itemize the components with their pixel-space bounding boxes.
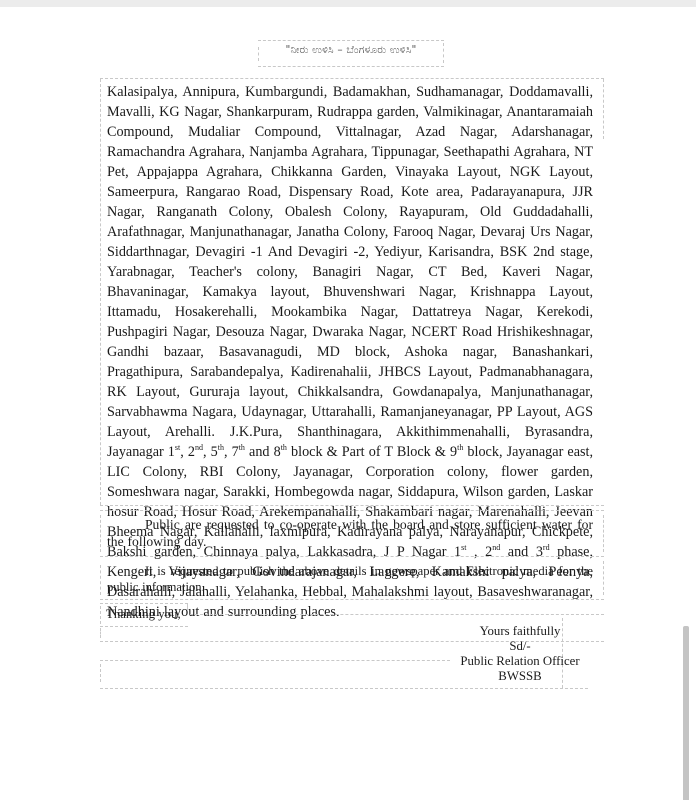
box-guide (603, 515, 604, 552)
slogan-text: "ನೀರು ಉಳಿಸಿ – ಬೆಂಗಳೂರು ಉಳಿಸಿ" (258, 44, 444, 57)
layout-guide (100, 664, 101, 682)
signature-organization: BWSSB (440, 668, 600, 684)
publish-paragraph: It is requested to publish the above det… (107, 563, 593, 595)
box-guide (100, 515, 101, 552)
signature-signed: Sd/- (440, 638, 600, 654)
layout-guide (100, 628, 101, 638)
box-guide (100, 606, 101, 624)
box-guide (603, 79, 604, 139)
closing-text: Thanking you, (106, 606, 181, 622)
slogan-box: "ನೀರು ಉಳಿಸಿ – ಬೆಂಗಳೂರು ಉಳಿಸಿ" (258, 40, 444, 67)
signature-salutation: Yours faithfully (440, 623, 600, 639)
vertical-scrollbar-thumb[interactable] (683, 626, 689, 800)
box-guide (603, 561, 604, 595)
layout-guide (100, 688, 588, 689)
layout-guide (190, 614, 604, 615)
layout-guide (100, 660, 450, 661)
viewer-top-bar (0, 0, 696, 7)
box-guide (187, 604, 188, 610)
signature-designation: Public Relation Officer (440, 653, 600, 669)
box-guide (100, 79, 101, 505)
box-guide (100, 565, 101, 595)
cooperate-paragraph: Public are requested to co-operate with … (107, 516, 593, 550)
